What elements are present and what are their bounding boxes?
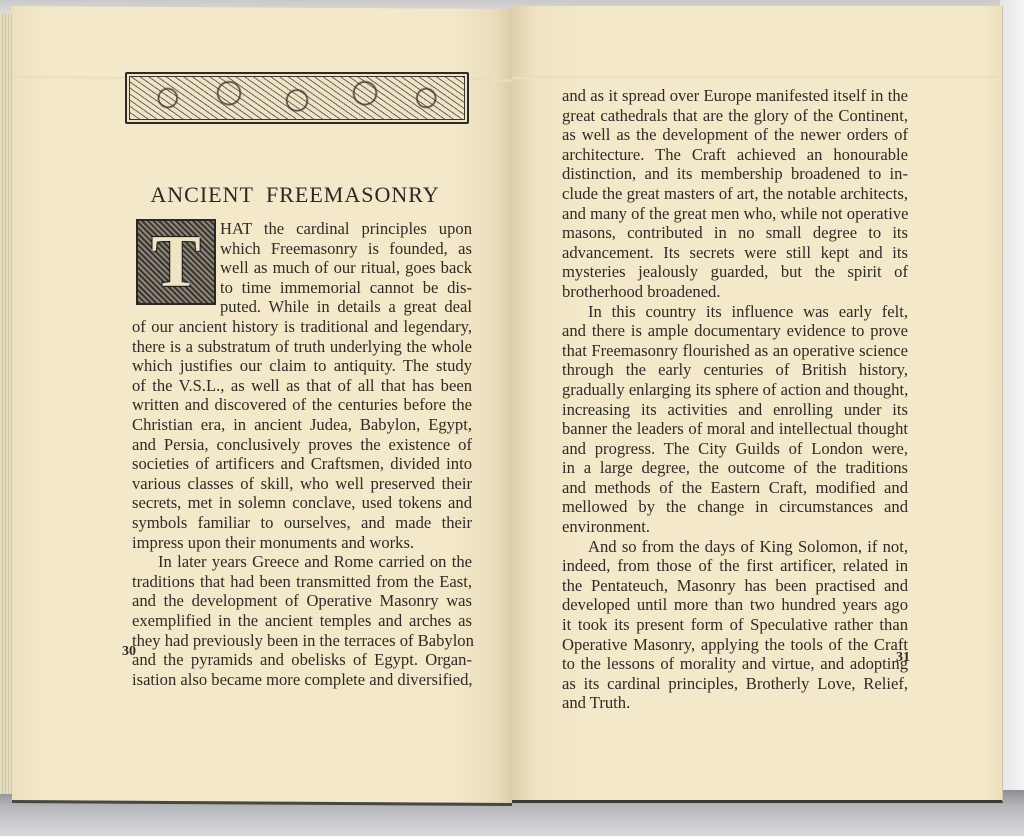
text-line: as its cardinal principles, Brotherly Lo… <box>562 674 908 694</box>
text-line: And so from the days of King Solomon, if… <box>562 537 908 557</box>
text-line: and as it spread over Europe manifested … <box>562 86 908 106</box>
text-line: indeed, from those of the first artifice… <box>562 556 908 576</box>
left-page-dropcap-text: HAT the cardinal principles upon which F… <box>220 219 472 317</box>
text-line: and many of the great men who, while not… <box>562 204 908 224</box>
page-number-right: 31 <box>896 650 910 666</box>
text-line: impress upon their monuments and works. <box>132 533 472 553</box>
page-number-left: 30 <box>122 644 136 660</box>
right-page-body: and as it spread over Europe manifested … <box>562 86 908 713</box>
text-line: brotherhood broadened. <box>562 282 908 302</box>
text-line: and the development of Operative Masonry… <box>132 591 472 611</box>
text-line: In this country its influence was early … <box>562 302 908 322</box>
text-line: and Truth. <box>562 693 908 713</box>
paper-crease <box>512 76 1002 79</box>
text-line: as well as the development of the newer … <box>562 125 908 145</box>
text-line: symbols familiar to ourselves, and made … <box>132 513 472 533</box>
chapter-title: ANCIENT FREEMASONRY <box>125 182 465 208</box>
text-line: and there is ample documentary evidence … <box>562 321 908 341</box>
text-line: traditions that had been transmitted fro… <box>132 572 472 592</box>
text-line: and the pyramids and obelisks of Egypt. … <box>132 650 472 670</box>
text-line: exemplified in the ancient temples and a… <box>132 611 472 631</box>
illuminated-drop-cap: T <box>136 219 216 305</box>
text-line: gradually enlarging its sphere of action… <box>562 380 908 400</box>
text-line: it took its present form of Speculative … <box>562 615 908 635</box>
text-line: there is a substratum of truth underlyin… <box>132 337 472 357</box>
text-line: advancement. Its secrets were still kept… <box>562 243 908 263</box>
text-line: Christian era, in ancient Judea, Babylon… <box>132 415 472 435</box>
text-line: the Pentateuch, Masonry has been practis… <box>562 576 908 596</box>
text-line: of our ancient history is traditional an… <box>132 317 472 337</box>
text-line: to the lessons of morality and virtue, a… <box>562 654 908 674</box>
text-line: banner the leaders of moral and intellec… <box>562 419 908 439</box>
text-line: they had previously been in the terraces… <box>132 631 472 651</box>
text-line: and progress. The City Guilds of London … <box>562 439 908 459</box>
text-line: developed until more than two hundred ye… <box>562 595 908 615</box>
text-line: that Freemasonry flourished as an operat… <box>562 341 908 361</box>
text-line: masons, contributed in no small degree t… <box>562 223 908 243</box>
text-line: which Freemasonry is founded, as <box>220 239 472 259</box>
text-line: which justifies our claim to antiquity. … <box>132 356 472 376</box>
text-line: isation also became more complete and di… <box>132 670 472 690</box>
text-line: well as much of our ritual, goes back <box>220 258 472 278</box>
text-line: clude the great masters of art, the nota… <box>562 184 908 204</box>
text-line: and methods of the Eastern Craft, modifi… <box>562 478 908 498</box>
ornamental-headpiece-icon <box>125 72 469 124</box>
text-line: architecture. The Craft achieved an hono… <box>562 145 908 165</box>
text-line: of the V.S.L., as well as that of all th… <box>132 376 472 396</box>
text-line: societies of artificers and Craftsmen, d… <box>132 454 472 474</box>
text-line: various classes of skill, who well prese… <box>132 474 472 494</box>
open-book: ANCIENT FREEMASONRY T HAT the cardinal p… <box>0 6 1004 806</box>
text-line: through the early centuries of British h… <box>562 360 908 380</box>
text-line: puted. While in details a great deal <box>220 297 472 317</box>
text-line: mysteries jealously guarded, but the spi… <box>562 262 908 282</box>
text-line: Operative Masonry, applying the tools of… <box>562 635 908 655</box>
text-line: distinction, and its membership broadene… <box>562 164 908 184</box>
text-line: mellowed by the change in circumstances … <box>562 497 908 517</box>
text-line: to time immemorial cannot be dis- <box>220 278 472 298</box>
text-line: great cathedrals that are the glory of t… <box>562 106 908 126</box>
text-line: secrets, met in solemn conclave, used to… <box>132 493 472 513</box>
text-line: in a large degree, the outcome of the tr… <box>562 458 908 478</box>
text-line: environment. <box>562 517 908 537</box>
left-page-body: of our ancient history is traditional an… <box>132 317 472 689</box>
text-line: HAT the cardinal principles upon <box>220 219 472 239</box>
text-line: written and discovered of the centuries … <box>132 395 472 415</box>
text-line: increasing its activities and enrolling … <box>562 400 908 420</box>
text-line: In later years Greece and Rome carried o… <box>132 552 472 572</box>
text-line: and Persia, conclusively proves the exis… <box>132 435 472 455</box>
